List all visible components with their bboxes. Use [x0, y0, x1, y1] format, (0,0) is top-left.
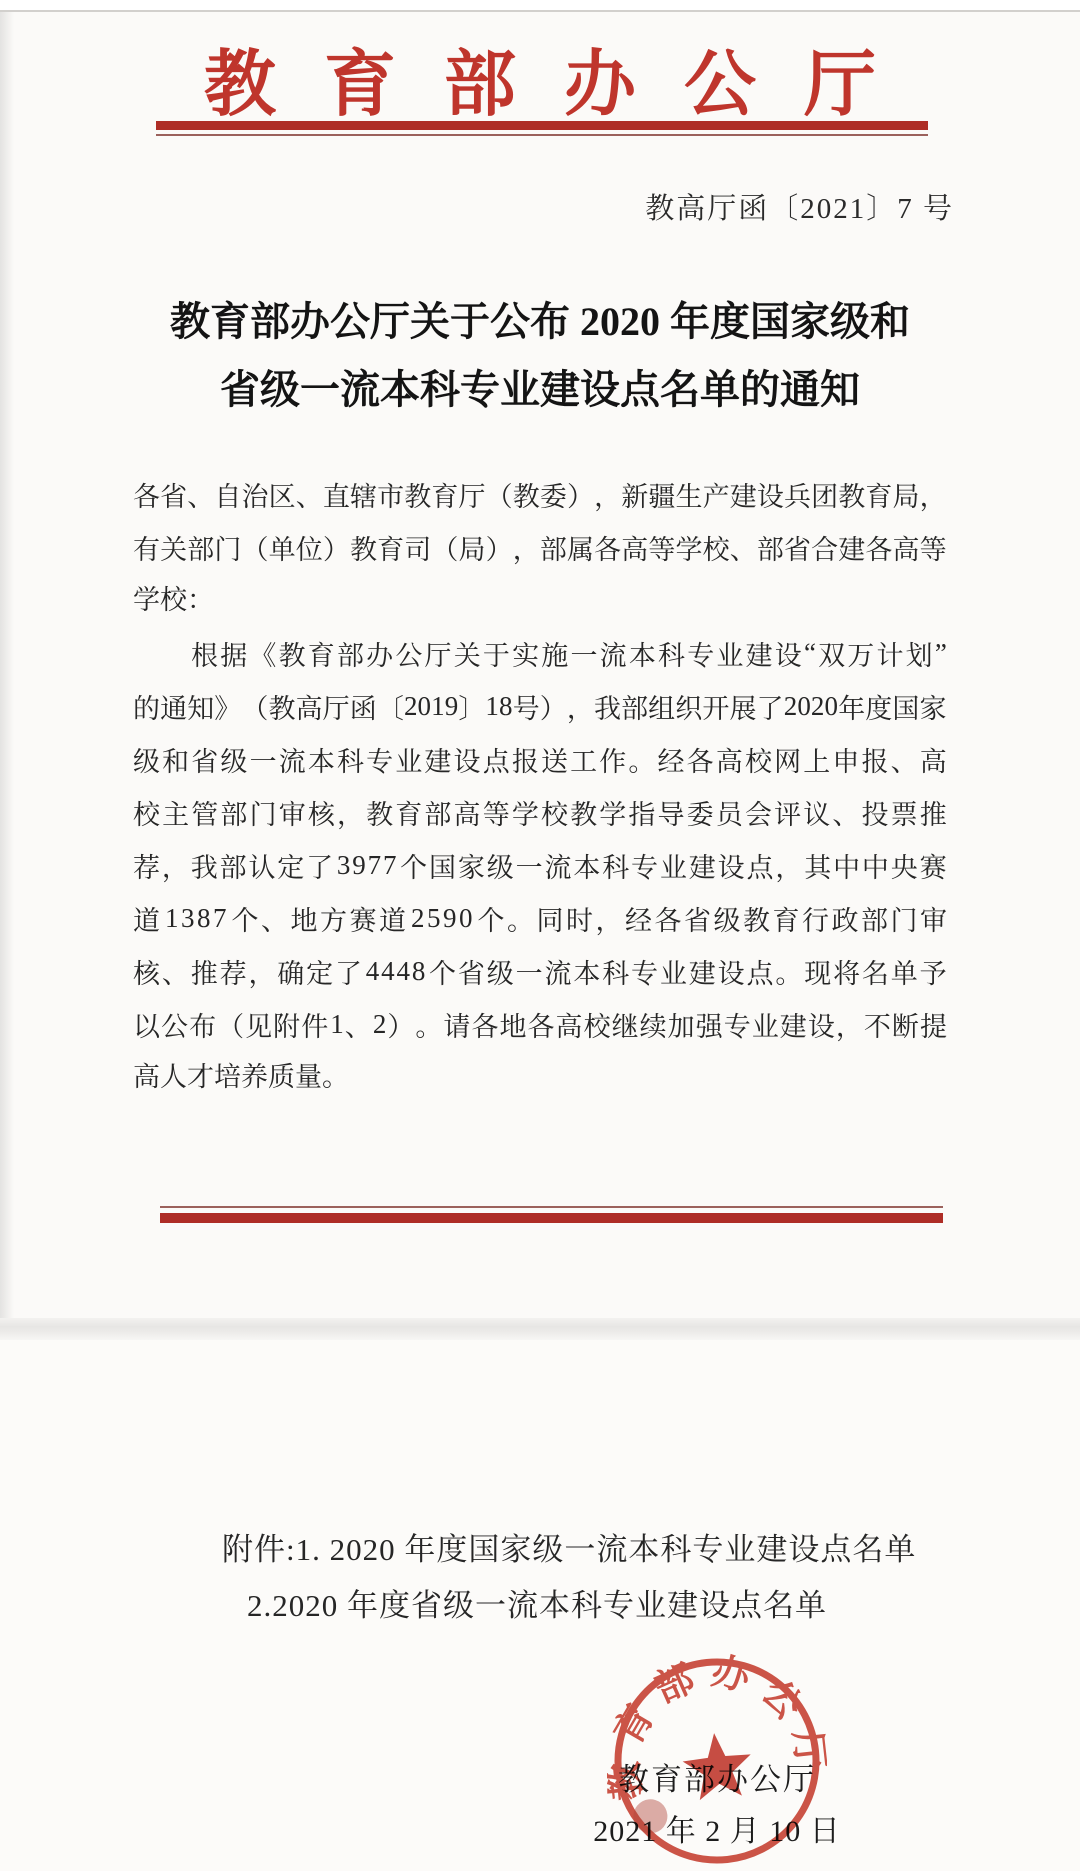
body-line: 级和省级一流本科专业建设点报送工作。经各高校网上申报、高	[133, 733, 947, 786]
scan-left-shadow	[0, 12, 14, 1320]
body-text: 各省、自治区、直辖市教育厅（教委），新疆生产建设兵团教育局， 有关部门（单位）教…	[133, 468, 947, 1104]
rule-thin-line	[160, 1206, 943, 1208]
body-line: 学校：	[133, 574, 947, 627]
footer-rule	[160, 1206, 943, 1223]
official-seal: 教育部办公厅	[607, 1651, 827, 1871]
document-title-line2: 省级一流本科专业建设点名单的通知	[0, 356, 1080, 424]
body-line: 的通知》（教高厅函〔2019〕18 号），我部组织开展了 2020 年度国家	[133, 680, 947, 733]
body-line: 道 1387 个、地方赛道 2590 个。同时，经各省级教育行政部门审	[133, 892, 947, 945]
seal-ink-smudge	[632, 1798, 669, 1835]
rule-thin-line	[156, 134, 928, 136]
letterhead-title: 教育部办公厅	[0, 26, 1080, 130]
star-icon	[680, 1730, 755, 1802]
scan-edge-line	[0, 10, 1080, 12]
body-line: 各省、自治区、直辖市教育厅（教委），新疆生产建设兵团教育局，	[133, 468, 947, 521]
document-title-line1: 教育部办公厅关于公布 2020 年度国家级和	[0, 288, 1080, 356]
body-line: 荐，我部认定了 3977 个国家级一流本科专业建设点，其中中央赛	[133, 839, 947, 892]
rule-thick-line	[160, 1213, 943, 1223]
body-line: 高人才培养质量。	[133, 1051, 947, 1104]
letterhead-rule	[156, 121, 928, 136]
body-line: 校主管部门审核，教育部高等学校教学指导委员会评议、投票推	[133, 786, 947, 839]
attachment-line-1: 附件:1. 2020 年度国家级一流本科专业建设点名单	[222, 1524, 916, 1569]
document-title: 教育部办公厅关于公布 2020 年度国家级和 省级一流本科专业建设点名单的通知	[0, 288, 1080, 424]
rule-thick-line	[156, 121, 928, 130]
page-separator	[0, 1318, 1080, 1340]
document-scan: 教育部办公厅 教高厅函〔2021〕7 号 教育部办公厅关于公布 2020 年度国…	[0, 0, 1080, 1871]
scan-top-margin	[0, 0, 1080, 10]
body-line: 根据《教育部办公厅关于实施一流本科专业建设“双万计划”	[133, 627, 947, 680]
body-line: 有关部门（单位）教育司（局），部属各高等学校、部省合建各高等	[133, 521, 947, 574]
document-number: 教高厅函〔2021〕7 号	[645, 186, 954, 227]
attachment-line-2: 2.2020 年度省级一流本科专业建设点名单	[247, 1580, 827, 1625]
body-line: 以公布（见附件 1、2）。请各地各高校继续加强专业建设，不断提	[133, 998, 947, 1051]
body-line: 核、推荐，确定了 4448 个省级一流本科专业建设点。现将名单予	[133, 945, 947, 998]
